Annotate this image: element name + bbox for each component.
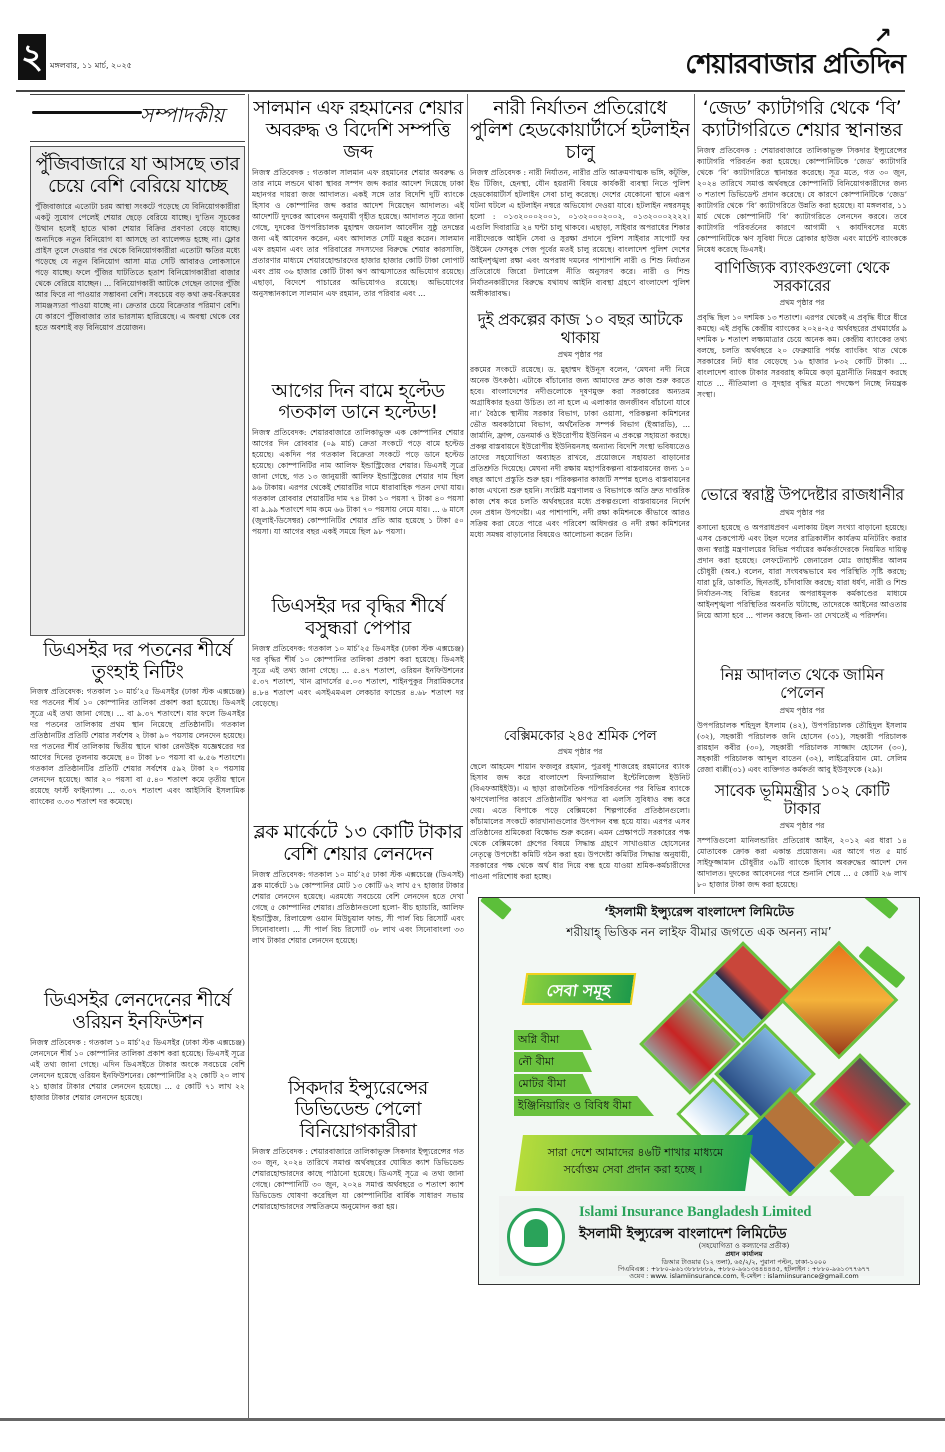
continued-label: প্রথম পৃষ্ঠার পর	[697, 706, 907, 718]
service-fire: অগ্নি বীমা	[514, 1030, 592, 1050]
insurance-advertisement[interactable]: ‘ইসলামী ইন্স্যুরেন্স বাংলাদেশ লিমিটেড শর…	[478, 897, 920, 1285]
headline: সাবেক ভূমিমন্ত্রীর ১০২ কোটি টাকার	[697, 782, 907, 819]
editorial-body: পুঁজিবাজারে এতোটা চরম আস্থা সংকটে পড়েছে…	[35, 201, 240, 631]
continued-label: প্রথম পৃষ্ঠার পর	[697, 298, 907, 310]
column-divider	[467, 94, 468, 894]
web-email[interactable]: ওয়েব : www. islamiinsurance.com, ই-মেইল…	[589, 1271, 899, 1282]
services-header: সেবা সমূহ	[522, 973, 636, 1005]
brush-stroke	[32, 111, 142, 114]
editorial-header: সম্পাদকীয়	[30, 94, 245, 142]
headline: সালমান এফ রহমানের শেয়ার অবরুদ্ধ ও বিদেশ…	[252, 98, 464, 164]
headline: ডিএসইর দর বৃদ্ধির শীর্ষে বসুন্ধরা পেপার	[252, 596, 464, 640]
article-body: নিজস্ব প্রতিবেদক: গতকাল ১০ মার্চ’২৫ ডিএস…	[252, 643, 464, 818]
service-motor: মোটর বীমা	[514, 1074, 592, 1094]
article-body: বসানো হয়েছে ও অপরাধপ্রবণ এলাকায় টহল সং…	[697, 522, 907, 662]
decor-diamond	[829, 1138, 894, 1203]
article-body: নিজস্ব প্রতিবেদক : গতকাল সালমান এফ রহমান…	[252, 167, 464, 377]
company-emblem-icon	[507, 1208, 565, 1266]
branch-line-2: সর্বোত্তম সেবা প্রদান করা হচ্ছে ।	[518, 1162, 748, 1179]
company-name-en: Islami Insurance Bangladesh Limited	[579, 1204, 811, 1221]
trend-arrow-icon: ↗	[874, 24, 891, 49]
column-3: নারী নির্যাতন প্রতিরোধে পুলিশ হেডকোয়ার্…	[470, 94, 690, 894]
headline: ডিএসইর দর পতনের শীর্ষে তুংহাই নিটিং	[30, 640, 245, 684]
continued-label: প্রথম পৃষ্ঠার পর	[697, 821, 907, 833]
headline: দুই প্রকল্পের কাজ ১০ বছর আটকে থাকায়	[470, 311, 690, 348]
continued-label: প্রথম পৃষ্ঠার পর	[470, 350, 690, 362]
editorial-box: পুঁজিবাজারে যা আসছে তার চেয়ে বেশি বেরিয…	[30, 146, 245, 636]
issue-date: মঙ্গলবার, ১১ মার্চ, ২০২৫	[50, 60, 132, 73]
headline: সিকদার ইন্স্যুরেন্সের ডিভিডেন্ড পেলো বিন…	[252, 1078, 464, 1144]
article-body: রকমের সংকটে রয়েছে। ড. মুহাম্মদ ইউনূস বল…	[470, 364, 690, 724]
company-footer: Islami Insurance Bangladesh Limited ইসলা…	[499, 1196, 904, 1276]
column-divider	[248, 94, 249, 1419]
article-body: প্রবৃদ্ধি ছিল ১০ দশমিক ১৩ শতাংশ। এরপর থে…	[697, 312, 907, 482]
masthead: ২ মঙ্গলবার, ১১ মার্চ, ২০২৫ শেয়ারবাজার প…	[0, 0, 945, 92]
newspaper-logo: শেয়ারবাজার প্রতিদিন ↗	[685, 44, 905, 89]
ad-tagline-2: শরীয়াহ্ ভিত্তিক নন লাইফ বীমার জগতে এক অ…	[479, 924, 919, 944]
headline: ‘জেড’ ক্যাটাগরি থেকে ‘বি’ ক্যাটাগরিতে শে…	[697, 98, 907, 142]
service-engineering: ইঞ্জিনিয়ারিং ও বিবিধ বীমা	[514, 1096, 654, 1116]
article-body: নিজস্ব প্রতিবেদক: গতকাল ১০ মার্চ’২৫ ডিএস…	[30, 686, 245, 986]
branch-banner: সারা দেশে আমাদের ৪৬টি শাখার মাধ্যমে সর্ব…	[515, 1135, 753, 1191]
header-rule	[16, 90, 905, 92]
headline: ভোরে স্বরাষ্ট্র উপদেষ্টার রাজধানীর	[697, 486, 907, 504]
article-body: নিজস্ব প্রতিবেদক : গতকাল ১০ মার্চ’২৫ ডিএ…	[30, 1037, 245, 1103]
branch-line-1: সারা দেশে আমাদের ৪৬টি শাখার মাধ্যমে	[520, 1145, 750, 1162]
column-2: সালমান এফ রহমানের শেয়ার অবরুদ্ধ ও বিদেশ…	[252, 94, 464, 1419]
service-marine: নৌ বীমা	[514, 1052, 592, 1072]
article-body: নিজস্ব প্রতিবেদক : শেয়ারবাজারে তালিকাভু…	[252, 1146, 464, 1212]
headline: বেক্সিমকোর ২৪৫ শ্রমিক পেল	[470, 728, 690, 744]
article-body: নিজস্ব প্রতিবেদক: গতকাল ১০ মার্চ’২৫ ঢাকা…	[252, 869, 464, 1074]
headline: আগের দিন বামে হল্টেড গতকাল ডানে হল্টেড!	[252, 381, 464, 425]
article-body: নিজস্ব প্রতিবেদক : শেয়ারবাজারে তালিকাভু…	[697, 145, 907, 255]
editorial-title: পুঁজিবাজারে যা আসছে তার চেয়ে বেশি বেরিয…	[35, 154, 240, 198]
headline: নিম্ন আদালত থেকে জামিন পেলেন	[697, 666, 907, 703]
logo-text: শেয়ারবাজার প্রতিদিন	[685, 49, 905, 80]
page-number: ২	[18, 34, 46, 80]
editorial-label: সম্পাদকীয়	[140, 101, 224, 134]
column-1: সম্পাদকীয় পুঁজিবাজারে যা আসছে তার চেয়ে…	[30, 94, 245, 1419]
article-body: সম্পত্তিগুলো মানিলন্ডারিং প্রতিরোধ আইন, …	[697, 835, 907, 890]
column-divider	[694, 94, 695, 894]
article-body: উপপরিচালক শহিদুল ইসলাম (৪২), উপপরিচালক ত…	[697, 720, 907, 778]
headline: ব্লক মার্কেটে ১৩ কোটি টাকার বেশি শেয়ার …	[252, 822, 464, 866]
article-body: নিজস্ব প্রতিবেদক : নারী নির্যাতন, নারীর …	[470, 167, 690, 307]
continued-label: প্রথম পৃষ্ঠার পর	[697, 508, 907, 520]
footer-rule	[0, 1418, 945, 1421]
headline: বাণিজ্যিক ব্যাংকগুলো থেকে সরকারের	[697, 259, 907, 296]
article-body: নিজস্ব প্রতিবেদক: শেয়ারবাজারে তালিকাভুক…	[252, 427, 464, 592]
ad-tagline-1: ‘ইসলামী ইন্স্যুরেন্স বাংলাদেশ লিমিটেড	[479, 904, 919, 924]
column-4: ‘জেড’ ক্যাটাগরি থেকে ‘বি’ ক্যাটাগরিতে শে…	[697, 94, 907, 894]
headline: ডিএসইর লেনদেনের শীর্ষে ওরিয়ন ইনফিউশন	[30, 990, 245, 1034]
article-body: ছেলে আহমেদ শায়ান ফজলুর রহমান, পুত্রবধূ …	[470, 761, 690, 882]
continued-label: প্রথম পৃষ্ঠার পর	[470, 747, 690, 759]
headline: নারী নির্যাতন প্রতিরোধে পুলিশ হেডকোয়ার্…	[470, 98, 690, 164]
